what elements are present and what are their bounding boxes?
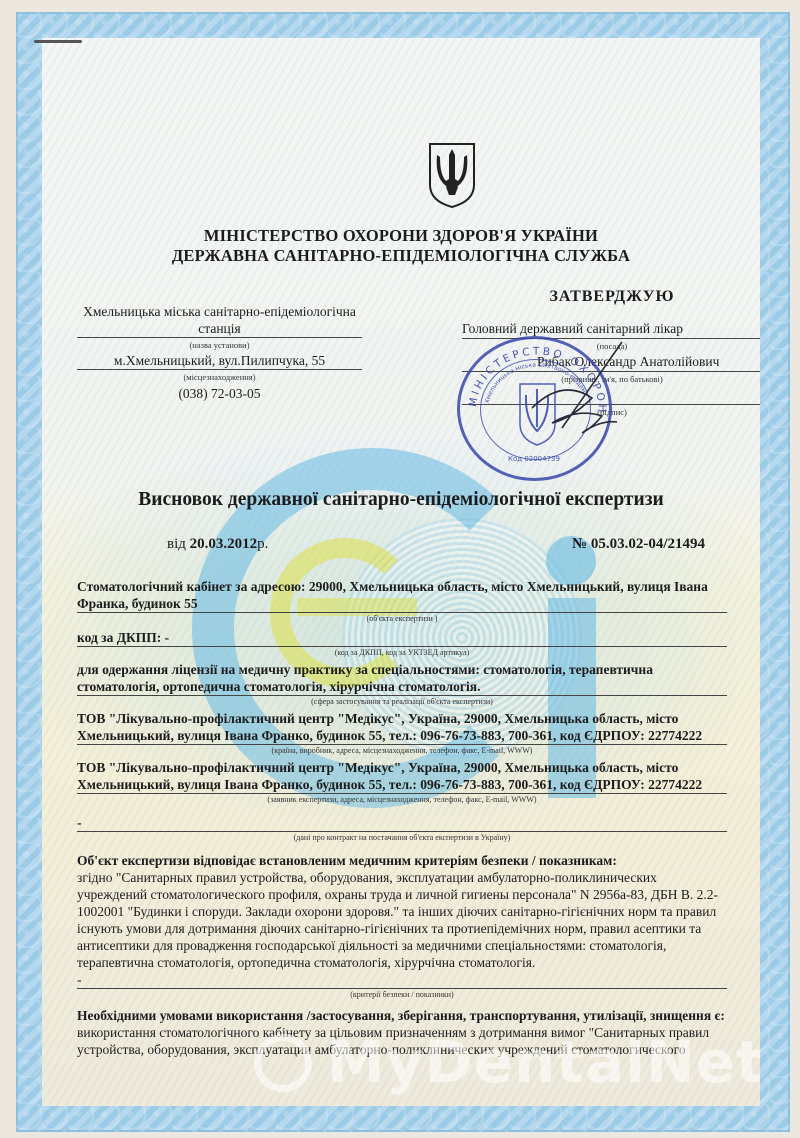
applicant-caption: (заявник експертизи, адреса, місцезнаход… — [77, 794, 727, 806]
institution-address-caption: (місцезнаходження) — [77, 370, 362, 384]
institution-address: м.Хмельницький, вул.Пилипчука, 55 — [77, 352, 362, 370]
certificate-page: МІНІСТЕРСТВО ОХОРОНИ ЗДОРОВ'Я УКРАЇНИ ДЕ… — [42, 38, 760, 1106]
applicant-field: ТОВ "Лікувально-профілактичний центр "Ме… — [77, 759, 727, 794]
scope-caption: (сфера застосування та реалізації об'єкт… — [77, 696, 727, 708]
institution-block: Хмельницька міська санітарно-епідеміолог… — [77, 303, 362, 402]
signature-scribble — [522, 338, 632, 448]
object-field: Стоматологічний кабінет за адресою: 2900… — [77, 578, 727, 613]
ministry-name: МІНІСТЕРСТВО ОХОРОНИ ЗДОРОВ'Я УКРАЇНИ — [42, 226, 760, 246]
document-title: Висновок державної санітарно-епідеміолог… — [42, 489, 760, 511]
institution-name-caption: (назва установи) — [77, 338, 362, 352]
approval-position: Головний державний санітарний лікар — [462, 320, 760, 339]
staple — [34, 40, 82, 43]
ministry-heading: МІНІСТЕРСТВО ОХОРОНИ ЗДОРОВ'Я УКРАЇНИ ДЕ… — [42, 226, 760, 266]
criteria-heading: Об'єкт експертизи відповідає встановлени… — [77, 852, 727, 869]
expertise-fields: Стоматологічний кабінет за адресою: 2900… — [77, 578, 727, 1058]
conditions-heading: Необхідними умовами використання /застос… — [77, 1007, 727, 1024]
criteria-text: згідно "Санитарных правил устройства, об… — [77, 869, 727, 971]
contract-caption: (дані про контракт на постачання об'єкта… — [77, 832, 727, 844]
stamp-code: Код 02004739 — [508, 455, 560, 463]
institution-name-line1: Хмельницька міська санітарно-епідеміолог… — [77, 303, 362, 320]
approval-title: ЗАТВЕРДЖУЮ — [462, 288, 760, 306]
scope-field: для одержання ліцензії на медичну практи… — [77, 661, 727, 696]
date-suffix: р. — [257, 536, 268, 552]
institution-name-line2: станція — [77, 320, 362, 338]
criteria-caption: (критерії безпеки / показники) — [77, 989, 727, 1001]
manufacturer-caption: (країна, виробник, адреса, місцезнаходже… — [77, 745, 727, 757]
institution-phone: (038) 72-03-05 — [77, 386, 362, 402]
object-caption: (об'єкта експертизи ) — [77, 613, 727, 625]
tooth-logo-icon — [254, 1034, 312, 1092]
document-number: № 05.03.02-04/21494 — [572, 536, 705, 553]
document-date: від 20.03.2012р. — [167, 536, 268, 553]
criteria-dash: - — [77, 971, 727, 989]
date-prefix: від — [167, 536, 186, 552]
service-name: ДЕРЖАВНА САНІТАРНО-ЕПІДЕМІОЛОГІЧНА СЛУЖБ… — [42, 246, 760, 266]
watermark-text: MyDentalNet — [327, 1028, 760, 1096]
date-value: 20.03.2012 — [190, 536, 258, 552]
contract-field: - — [77, 814, 727, 832]
dkpp-caption: (код за ДКПП, код за УКТЗЕД артикул) — [77, 647, 727, 659]
dkpp-field: код за ДКПП: - — [77, 629, 727, 647]
manufacturer-field: ТОВ "Лікувально-профілактичний центр "Ме… — [77, 710, 727, 745]
trident-emblem-icon — [427, 141, 477, 209]
